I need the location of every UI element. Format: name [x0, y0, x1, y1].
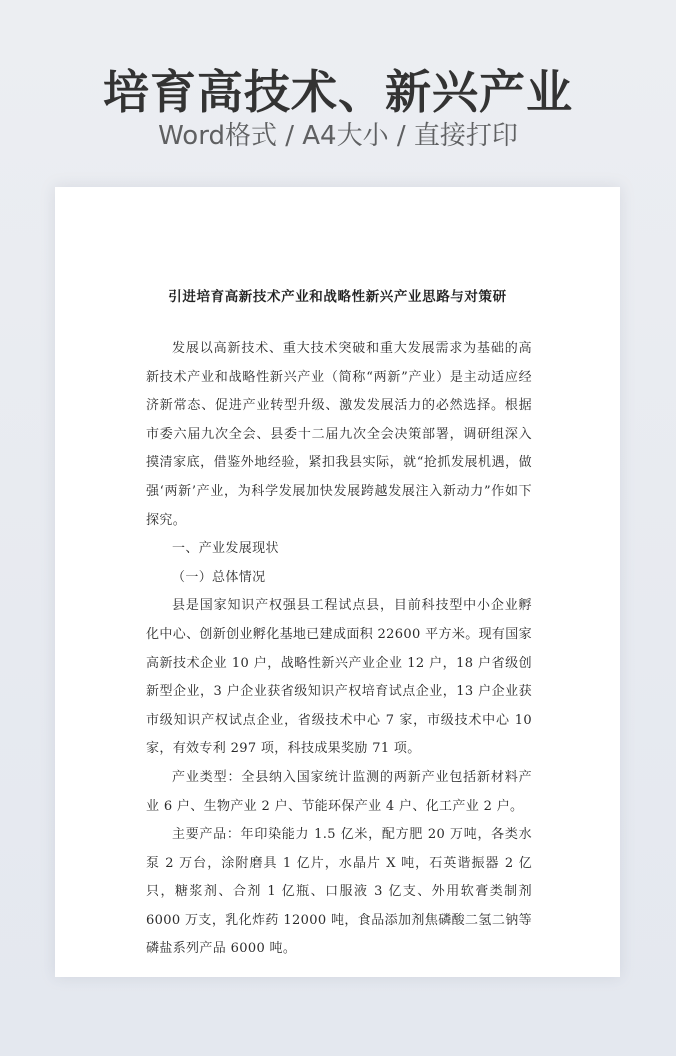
banner-subtitle: Word格式 / A4大小 / 直接打印: [0, 118, 676, 154]
main-products-paragraph: 主要产品：年印染能力 1.5 亿米，配方肥 20 万吨，各类水泵 2 万台，涂附…: [146, 821, 532, 964]
overview-paragraph: 县是国家知识产权强县工程试点县，目前科技型中小企业孵化中心、创新创业孵化基地已建…: [146, 592, 532, 764]
section-heading: 一、产业发展现状: [146, 535, 532, 564]
industry-types-paragraph: 产业类型：全县纳入国家统计监测的两新产业包括新材料产业 6 户、生物产业 2 户…: [146, 764, 532, 821]
document-body: 发展以高新技术、重大技术突破和重大发展需求为基础的高新技术产业和战略性新兴产业（…: [146, 335, 532, 964]
subsection-heading: （一）总体情况: [146, 564, 532, 593]
intro-paragraph: 发展以高新技术、重大技术突破和重大发展需求为基础的高新技术产业和战略性新兴产业（…: [146, 335, 532, 535]
banner-title: 培育高技术、新兴产业: [0, 62, 676, 122]
document-page: 引进培育高新技术产业和战略性新兴产业思路与对策研 发展以高新技术、重大技术突破和…: [55, 187, 620, 977]
document-title: 引进培育高新技术产业和战略性新兴产业思路与对策研: [55, 285, 620, 305]
